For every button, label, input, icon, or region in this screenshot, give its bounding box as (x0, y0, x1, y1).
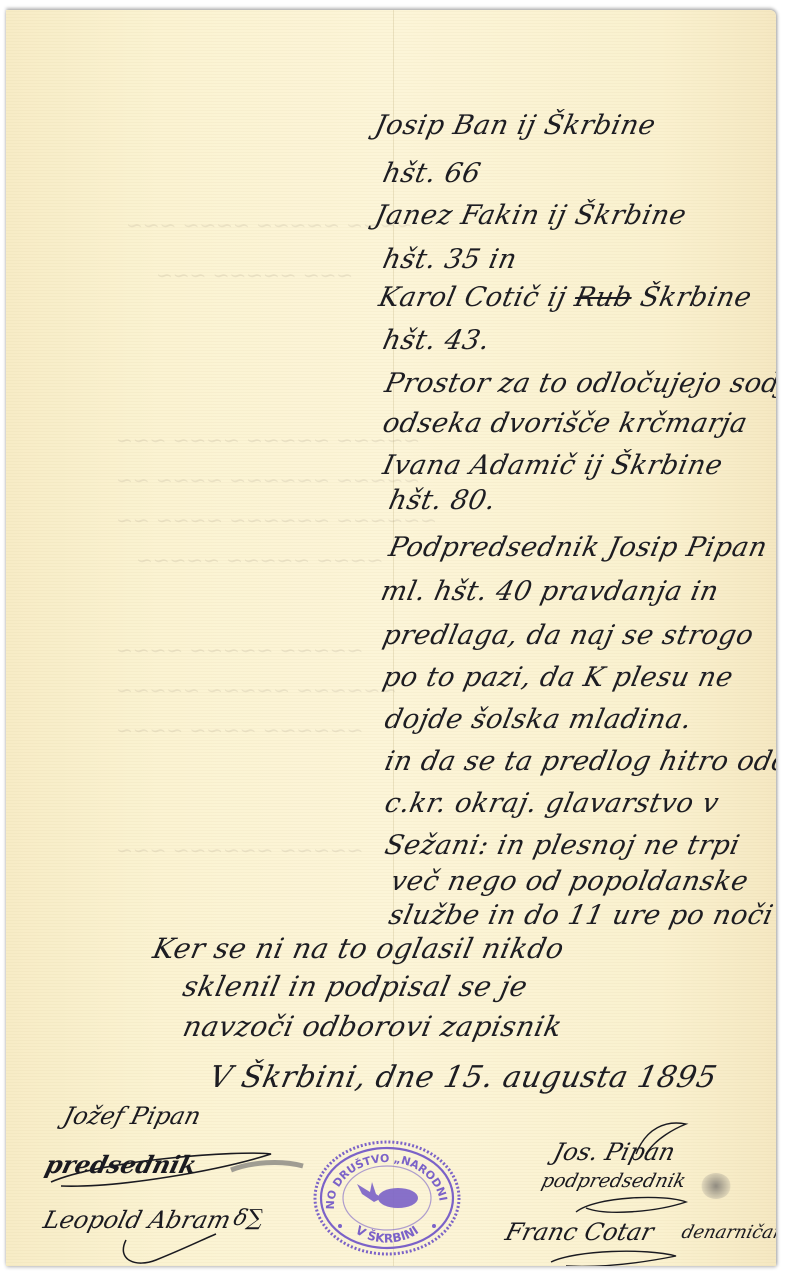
signature-name: Leopold Abram (41, 1206, 234, 1234)
bleed-through-text: ~~~~~~ ~~~~~ ~~~~~ (113, 670, 399, 710)
body-line: hšt. 43. (380, 325, 493, 356)
closing-line: Ker se ni na to oglasil nikdo (150, 932, 567, 965)
body-line: dojde šolska mladina. (382, 704, 695, 735)
body-line: več nego od popoldanske (388, 866, 751, 897)
struck-out-word: Rub (572, 282, 635, 313)
body-line: službe in do 11 ure po noči (386, 900, 776, 931)
body-line: hšt. 35 in (380, 244, 520, 275)
signature-flourish (546, 1246, 686, 1266)
signature-name: Franc Cotar (503, 1218, 657, 1246)
signature-name: Jožef Pipan (61, 1102, 204, 1130)
signature-role: denarničar (679, 1222, 776, 1243)
body-line: Janez Fakin ij Škrbine (372, 200, 689, 231)
body-line: po to pazi, da K plesu ne (380, 662, 736, 693)
signature-mark: δ∑ (231, 1206, 266, 1231)
body-line: hšt. 80. (386, 485, 499, 516)
rooster-icon (357, 1182, 418, 1208)
body-line: Sežani: in plesnoj ne trpi (382, 830, 743, 861)
body-text: Škrbine (637, 282, 754, 313)
body-line: odseka dvorišče krčmarja (380, 408, 750, 439)
body-line: Josip Ban ij Škrbine (372, 110, 659, 141)
ink-blot (701, 1173, 731, 1199)
bleed-through-text: ~~~~ ~~~~~ ~~~~~ (133, 540, 386, 580)
body-line: Podpredsednik Josip Pipan (386, 532, 770, 563)
body-text: Karol Cotič ij (376, 282, 569, 313)
body-line: Karol Cotič ij Rub Škrbine (376, 282, 755, 313)
signature-role: predsednik (42, 1150, 199, 1179)
society-stamp: BRALNO DRUŠTVO „NARODNI DOM“ V ŠKRBINI (312, 1136, 462, 1256)
bleed-through-text: ~~~~~ ~~~~~~ ~~~ (113, 830, 366, 870)
signature-name: Jos. Pipan (551, 1138, 679, 1166)
closing-line: navzoči odborovi zapisnik (180, 1010, 565, 1043)
body-line: predlaga, da naj se strogo (380, 620, 757, 651)
bleed-through-text: ~~~~~~ ~~~~ ~~~~ (113, 710, 366, 750)
closing-line: sklenil in podpisal se je (180, 970, 531, 1003)
signature-flourish (116, 1230, 226, 1266)
bleed-through-text: ~~~~~ ~~~~~~ ~~~~ ~~ (113, 460, 423, 500)
signature-flourish (566, 1190, 696, 1220)
body-line: c.kr. okraj. glavarstvo v (382, 788, 722, 819)
body-line: Prostor za to odločujejo sodje (382, 368, 776, 399)
stamp-bottom-text: V ŠKRBINI (353, 1223, 421, 1246)
place-date: V Škrbini, dne 15. augusta 1895 (206, 1060, 720, 1095)
body-line: ml. hšt. 40 pravdanja in (378, 576, 722, 607)
body-line: Ivana Adamič ij Škrbine (380, 450, 726, 481)
signature-role: podpredsednik (539, 1170, 688, 1192)
bleed-through-text: ~~~ ~~~~~ ~~~ (153, 255, 356, 295)
body-line: in da se ta predlog hitro odda (382, 746, 776, 777)
body-line: hšt. 66 (380, 158, 484, 189)
bleed-through-text: ~~~~~ ~~~~~ ~~~~ (113, 630, 366, 670)
document-page: ~~~~ ~~~~~ ~~~~ ~~~ ~~~ ~~~~~ ~~~ ~~~~~ … (6, 10, 776, 1266)
bleed-through-text: ~~~~~ ~~~~~ ~~~~ ~~~ (113, 420, 423, 460)
